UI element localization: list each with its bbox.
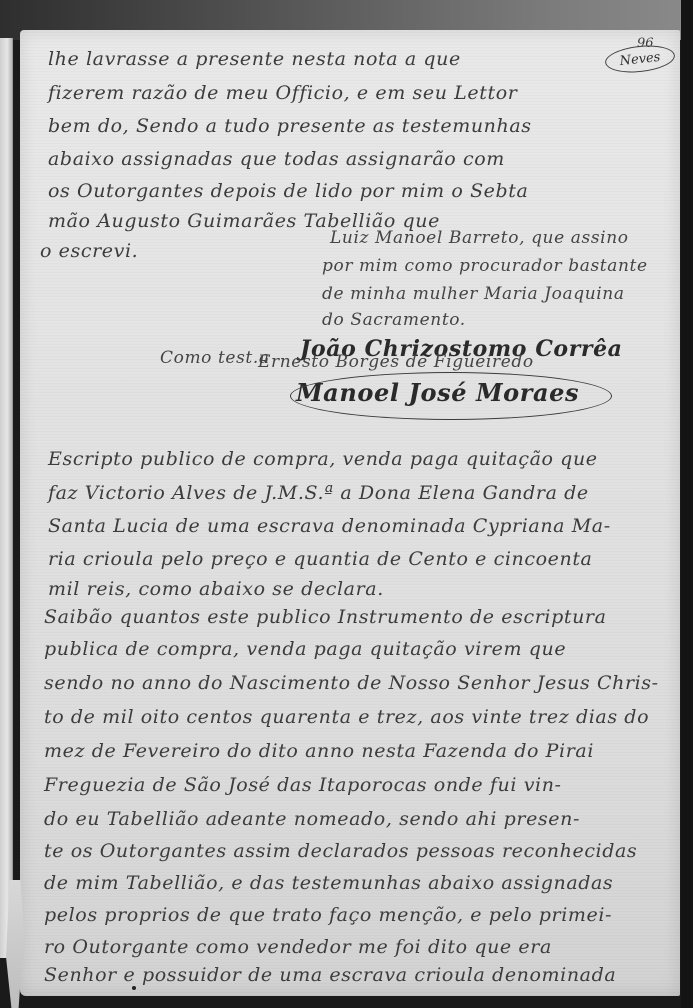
text-line: mil reis, como abaixo se declara. <box>48 578 384 600</box>
text-line: o escrevi. <box>40 240 138 262</box>
ink-spot <box>132 986 136 990</box>
text-line: to de mil oito centos quarenta e trez, a… <box>44 706 649 728</box>
text-line: publica de compra, venda paga quitação v… <box>44 638 566 660</box>
text-line: Santa Lucia de uma escrava denominada Cy… <box>48 515 611 537</box>
text-line: abaixo assignadas que todas assignarão c… <box>48 148 505 170</box>
scanned-document: 96 Neves lhe lavrasse a presente nesta n… <box>0 0 693 1008</box>
signature-ernesto: Ernesto Borges de Figueiredo <box>258 352 534 372</box>
text-line: Senhor e possuidor de uma escrava crioul… <box>44 964 616 986</box>
text-line: Saibão quantos este publico Instrumento … <box>44 606 607 628</box>
text-line: de minha mulher Maria Joaquina <box>322 284 625 304</box>
witness-label: Como test.a <box>160 348 270 368</box>
binding-edge <box>0 38 13 958</box>
text-line: fizerem razão de meu Officio, e em seu L… <box>48 82 517 104</box>
text-line: mez de Fevereiro do dito anno nesta Faze… <box>44 740 594 762</box>
text-line: te os Outorgantes assim declarados pesso… <box>44 840 637 862</box>
text-line: do eu Tabellião adeante nomeado, sendo a… <box>44 808 580 830</box>
text-line: Freguezia de São José das Itaporocas ond… <box>44 774 562 796</box>
signature-flourish <box>290 372 612 420</box>
text-line: pelos proprios de que trato faço menção,… <box>44 904 612 926</box>
text-line: do Sacramento. <box>322 310 466 330</box>
text-line: faz Victorio Alves de J.M.S.ª a Dona Ele… <box>48 482 589 504</box>
text-line: bem do, Sendo a tudo presente as testemu… <box>48 115 532 137</box>
text-line: Luiz Manoel Barreto, que assino <box>330 228 629 248</box>
text-line: sendo no anno do Nascimento de Nosso Sen… <box>44 672 659 694</box>
text-line: ria crioula pelo preço e quantia de Cent… <box>48 548 592 570</box>
text-line: por mim como procurador bastante <box>322 256 648 276</box>
text-line: Escripto publico de compra, venda paga q… <box>48 448 598 470</box>
text-line: os Outorgantes depois de lido por mim o … <box>48 180 528 202</box>
scanner-edge <box>681 0 693 1008</box>
text-line: lhe lavrasse a presente nesta nota a que <box>48 48 461 70</box>
text-line: ro Outorgante como vendedor me foi dito … <box>44 936 552 958</box>
text-line: de mim Tabellião, e das testemunhas abai… <box>44 872 613 894</box>
